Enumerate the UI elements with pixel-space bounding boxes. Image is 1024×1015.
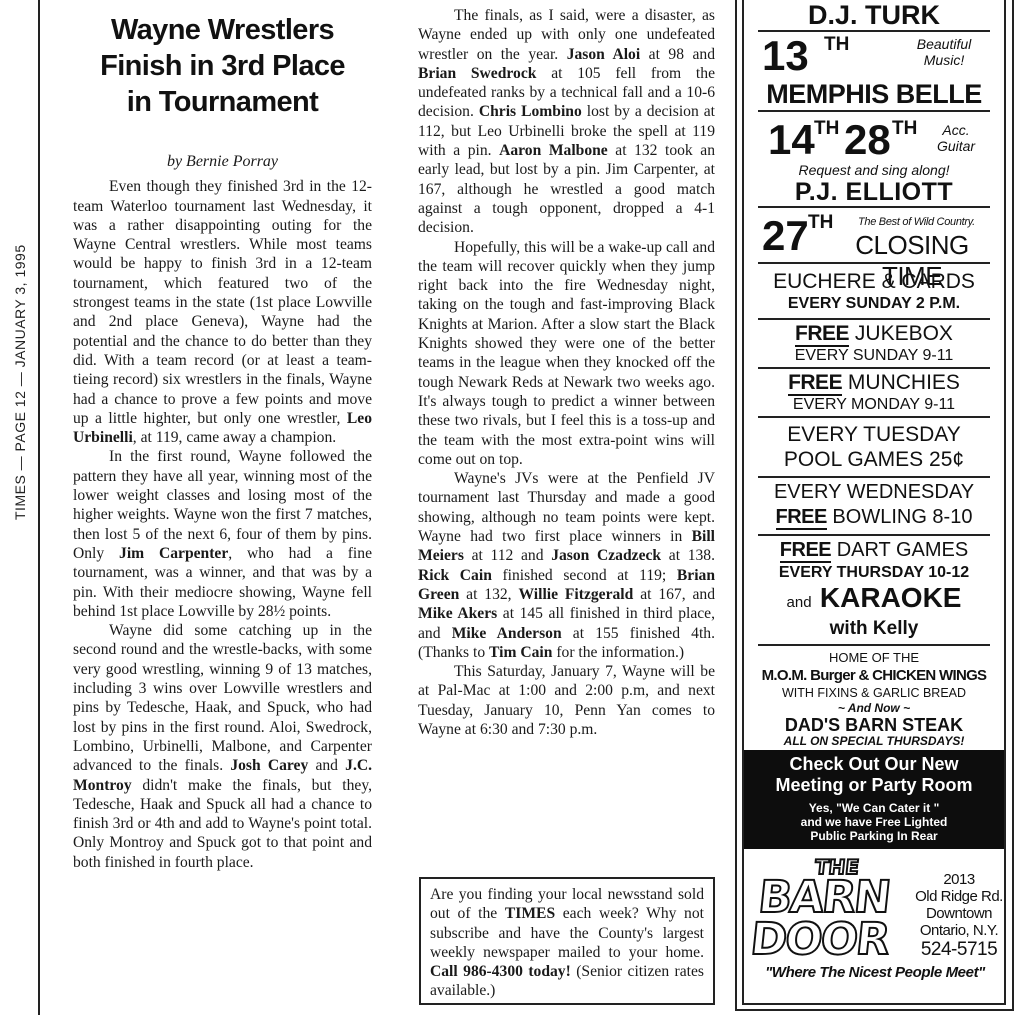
ad-tagline: "Where The Nicest People Meet" — [744, 964, 1006, 981]
paragraph: In the first round, Wayne followed the p… — [73, 447, 372, 621]
ad-barn-door-logo: THE BARN DOOR 2013 Old Ridge Rd. Downtow… — [744, 849, 1004, 999]
ad-27th: 27 TH The Best of Wild Country. CLOSING … — [758, 208, 990, 264]
subscribe-box: Are you finding your local newsstand sol… — [419, 877, 715, 1005]
ad-darts-karaoke: FREE DART GAMES EVERY THURSDAY 10-12 and… — [758, 536, 990, 646]
paragraph: Even though they finished 3rd in the 12-… — [73, 177, 372, 447]
page-folio: TIMES — PAGE 12 — JANUARY 3, 1995 — [12, 180, 32, 520]
barn-door-advertisement: D.J. TURK 13 TH BeautifulMusic! MEMPHIS … — [742, 0, 1006, 1005]
paragraph: The finals, as I said, were a disaster, … — [418, 6, 715, 238]
paragraph: Wayne did some catching up in the second… — [73, 621, 372, 872]
margin-rule — [38, 0, 40, 1015]
ad-bowling: EVERY WEDNESDAY FREE BOWLING 8-10 — [758, 478, 990, 536]
ad-13th: 13 TH BeautifulMusic! MEMPHIS BELLE — [758, 32, 990, 112]
ad-jukebox: FREE JUKEBOX EVERY SUNDAY 9-11 — [758, 320, 990, 369]
barn-door-logo: THE BARN DOOR — [749, 857, 897, 961]
ad-address: 2013 Old Ridge Rd. Downtown Ontario, N.Y… — [909, 871, 1006, 961]
ad-dj-turk: D.J. TURK — [758, 0, 990, 32]
ad-pool: EVERY TUESDAY POOL GAMES 25¢ — [758, 418, 990, 478]
headline: Wayne Wrestlers Finish in 3rd Place in T… — [73, 12, 372, 120]
paragraph: Wayne's JVs were at the Penfield JV tour… — [418, 469, 715, 662]
paragraph: Hopefully, this will be a wake-up call a… — [418, 238, 715, 470]
paragraph: This Saturday, January 7, Wayne will be … — [418, 662, 715, 739]
ad-munchies: FREE MUNCHIES EVERY MONDAY 9-11 — [758, 369, 990, 418]
ad-euchere: EUCHERE & CARDS EVERY SUNDAY 2 P.M. — [758, 264, 990, 320]
ad-phone: 524-5715 — [909, 939, 1006, 961]
ad-food: HOME OF THE M.O.M. Burger & CHICKEN WING… — [758, 646, 990, 750]
article-column-2: The finals, as I said, were a disaster, … — [418, 6, 715, 739]
ad-party-room: Check Out Our New Meeting or Party Room … — [744, 750, 1004, 849]
ad-14th-28th: 14 TH 28 TH Acc.Guitar Request and sing … — [758, 112, 990, 208]
article-column-1: Wayne Wrestlers Finish in 3rd Place in T… — [73, 0, 372, 872]
byline: by Bernie Porray — [73, 152, 372, 171]
